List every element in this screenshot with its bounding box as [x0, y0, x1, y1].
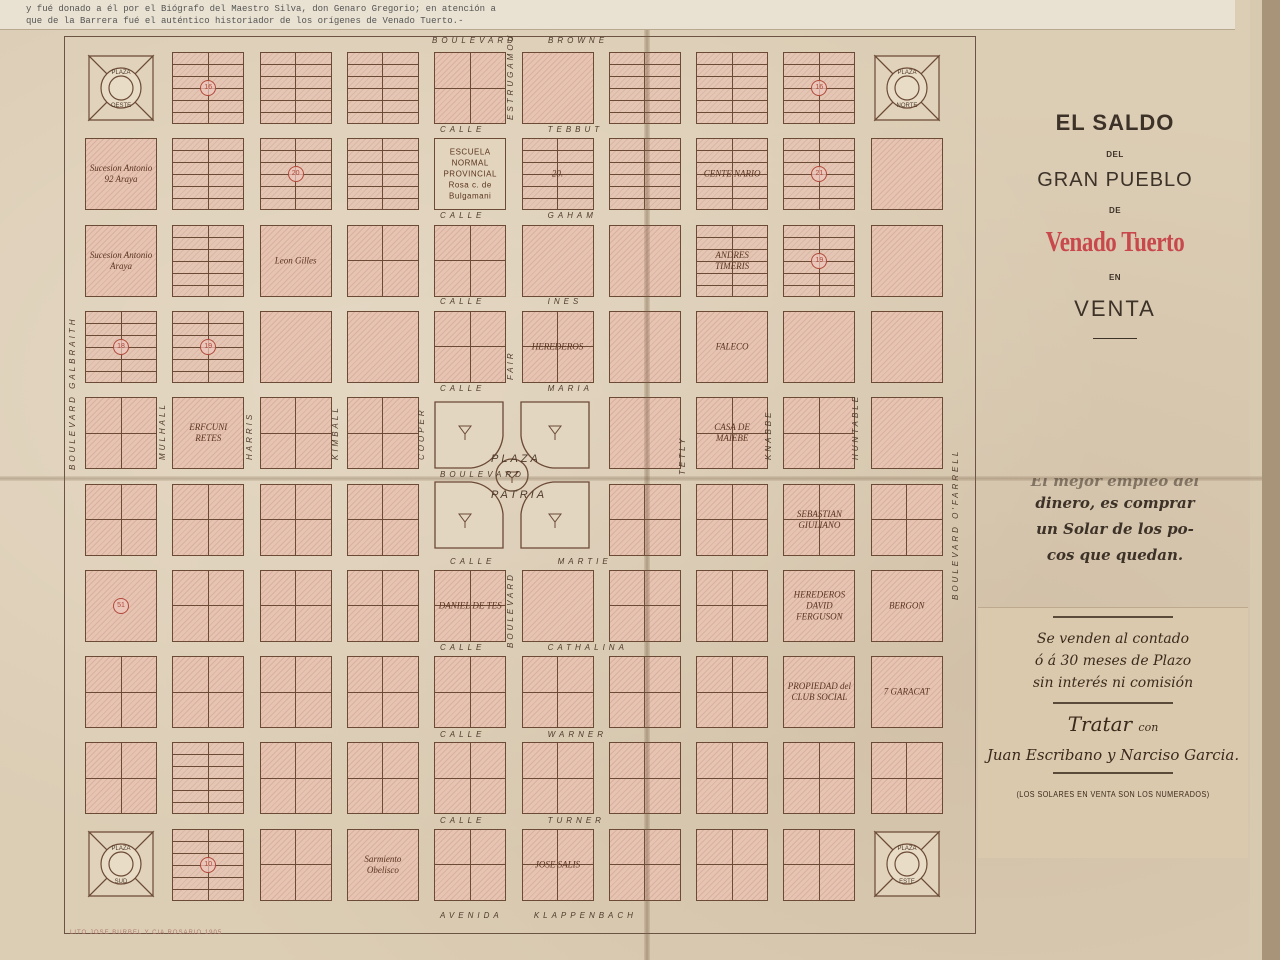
city-block: [696, 656, 768, 728]
street-huntable: HUNTABLE: [851, 394, 860, 460]
city-block: 19: [172, 311, 244, 383]
title-de: DE: [980, 206, 1250, 215]
city-block: [434, 742, 506, 814]
city-block: [871, 225, 943, 297]
hand-divider-top: [1053, 616, 1173, 618]
lot-number-badge: 19: [811, 253, 827, 269]
city-block: [434, 656, 506, 728]
lot-number-badge: 16: [811, 80, 827, 96]
city-block: [434, 311, 506, 383]
street-knabbe: KNABBE: [764, 410, 773, 460]
svg-text:NORTE: NORTE: [897, 103, 918, 109]
city-block: [696, 484, 768, 556]
city-block: [522, 656, 594, 728]
city-block: 21: [783, 138, 855, 210]
svg-text:OESTE: OESTE: [111, 103, 131, 109]
city-block: [696, 829, 768, 901]
city-block: [522, 742, 594, 814]
city-block: [696, 742, 768, 814]
city-block: 20.: [522, 138, 594, 210]
city-block: BERGON: [871, 570, 943, 642]
plaza-oeste-icon: PLAZA OESTE: [85, 52, 157, 124]
street-gaham: CALLE GAHAM: [440, 211, 597, 220]
street-harris: HARRIS: [245, 412, 254, 460]
city-block: [347, 225, 419, 297]
owner-label: HEREDEROS: [523, 341, 593, 352]
city-block: [522, 570, 594, 642]
city-block: Sucesion Antonio Araya: [85, 225, 157, 297]
lot-number-badge: 20: [288, 166, 304, 182]
street-warner: CALLE WARNER: [440, 730, 607, 739]
city-block: [260, 397, 332, 469]
svg-text:ESTE: ESTE: [899, 879, 915, 885]
hand-divider-bottom: [1053, 772, 1173, 774]
owner-label: Sarmiento Obelisco: [348, 854, 418, 876]
city-block: [347, 311, 419, 383]
slogan-line-4: cos que quedan.: [1005, 542, 1225, 568]
city-block: 7 GARACAT: [871, 656, 943, 728]
city-block: CENTE NARIO: [696, 138, 768, 210]
hand-divider-mid: [1053, 702, 1173, 704]
city-block: HEREDEROS: [522, 311, 594, 383]
city-block: [260, 52, 332, 124]
city-block: [434, 225, 506, 297]
title-del: DEL: [980, 150, 1250, 159]
city-block: ANDRES TIMERIS: [696, 225, 768, 297]
owner-label: CENTE NARIO: [697, 169, 767, 180]
svg-text:PLAZA: PLAZA: [111, 846, 130, 852]
city-block: [434, 52, 506, 124]
owner-label: Sucesion Antonio 92 Araya: [86, 163, 156, 185]
city-block: [260, 656, 332, 728]
svg-text:SUD: SUD: [115, 879, 128, 885]
svg-text:PLAZA: PLAZA: [111, 70, 130, 76]
escuela-normal-block: ESCUELANORMALPROVINCIALRosa c. de Bulgam…: [434, 138, 506, 210]
city-block: [85, 656, 157, 728]
city-block: JOSE SALIS: [522, 829, 594, 901]
title-divider: [1093, 338, 1137, 339]
city-block: DANIEL DE TES: [434, 570, 506, 642]
city-block: [696, 52, 768, 124]
city-block: [85, 397, 157, 469]
title-panel: EL SALDO DEL GRAN PUEBLO DE Venado Tuert…: [980, 110, 1250, 339]
lot-number-badge: 18: [113, 339, 129, 355]
city-block: 19: [783, 225, 855, 297]
city-block: FALECO: [696, 311, 768, 383]
city-block: [260, 829, 332, 901]
city-block: [696, 570, 768, 642]
city-block: [85, 742, 157, 814]
city-block: [522, 225, 594, 297]
city-block: CASA DE MAIEBE: [696, 397, 768, 469]
owner-label: BERGON: [872, 600, 942, 611]
lot-number-badge: 10: [200, 857, 216, 873]
lot-number-badge: 19: [200, 339, 216, 355]
owner-label: SEBASTIAN GIULIANO: [784, 509, 854, 531]
street-estrugamou: ESTRUGAMOU: [506, 33, 515, 120]
plaza-label: PLAZA: [491, 453, 541, 465]
city-block: Sucesion Antonio 92 Araya: [85, 138, 157, 210]
terms-line-2: ó á 30 meses de Plazo: [978, 650, 1248, 672]
slogan-line-2: dinero, es comprar: [1005, 490, 1225, 516]
city-block: [783, 311, 855, 383]
slogan: El mejor empleo del dinero, es comprar u…: [1005, 478, 1225, 568]
terms-line-3: sin interés ni comisión: [978, 672, 1248, 694]
city-block: [85, 484, 157, 556]
city-block: [347, 656, 419, 728]
title-en: EN: [980, 273, 1250, 282]
owner-label: 20.: [523, 169, 593, 180]
terms-line-1: Se venden al contado: [978, 628, 1248, 650]
plaza-este-icon: PLAZA ESTE: [871, 828, 943, 900]
title-gran-pueblo: GRAN PUEBLO: [980, 169, 1250, 192]
owner-label: CASA DE MAIEBE: [697, 422, 767, 444]
street-fair: FAIR: [506, 350, 515, 380]
city-block: [871, 311, 943, 383]
lot-number-badge: 51: [113, 598, 129, 614]
street-cathalina: CALLE CATHALINA: [440, 643, 628, 652]
city-block: [783, 829, 855, 901]
city-block: SEBASTIAN GIULIANO: [783, 484, 855, 556]
city-block: [260, 484, 332, 556]
street-boulevard-galbraith: BOULEVARD GALBRAITH: [68, 317, 77, 470]
city-block: [172, 570, 244, 642]
city-block: [434, 829, 506, 901]
city-block: [172, 225, 244, 297]
city-block: [260, 311, 332, 383]
city-block: [172, 138, 244, 210]
street-cooper: COOPER: [417, 407, 426, 460]
street-boulevard-browne: BOULEVARD BROWNE: [432, 36, 608, 45]
owner-label: PROPIEDAD del CLUB SOCIAL: [784, 681, 854, 703]
note-line-2: que de la Barrera fué el auténtico histo…: [26, 15, 1235, 27]
city-block: [347, 52, 419, 124]
street-avenida-klappenbach: AVENIDA KLAPPENBACH: [440, 911, 637, 920]
tratar-label: Tratar con: [978, 712, 1248, 736]
city-block: [871, 742, 943, 814]
city-block: 51: [85, 570, 157, 642]
city-block: 20: [260, 138, 332, 210]
handwritten-sale-terms: Se venden al contado ó á 30 meses de Pla…: [978, 607, 1248, 858]
owner-label: FALECO: [697, 341, 767, 352]
city-block: [347, 484, 419, 556]
lot-number-badge: 21: [811, 166, 827, 182]
printer-imprint: LITO JOSE BURBEL Y CIA ROSARIO 1905: [70, 930, 222, 936]
city-block: [172, 484, 244, 556]
city-block: [783, 397, 855, 469]
city-block: Sarmiento Obelisco: [347, 829, 419, 901]
city-block: [260, 742, 332, 814]
city-block: 10: [172, 829, 244, 901]
city-block: ERFCUNI RETES: [172, 397, 244, 469]
plaza-sud-icon: PLAZA SUD: [85, 828, 157, 900]
street-tebbut: CALLE TEBBUT: [440, 125, 603, 134]
street-turner: CALLE TURNER: [440, 816, 605, 825]
street-tetly: TETLY: [678, 436, 687, 475]
owner-label: ANDRES TIMERIS: [697, 250, 767, 272]
city-block: [347, 570, 419, 642]
city-block: [347, 138, 419, 210]
city-block: [871, 138, 943, 210]
numbered-lots-note: (LOS SOLARES EN VENTA SON LOS NUMERADOS): [992, 790, 1235, 799]
escuela-label: ESCUELANORMALPROVINCIALRosa c. de Bulgam…: [435, 147, 505, 202]
title-el-saldo: EL SALDO: [980, 110, 1250, 136]
city-block: [260, 570, 332, 642]
street-maria: CALLE MARIA: [440, 384, 593, 393]
street-kimball: KIMBALL: [331, 405, 340, 460]
street-boulevard-mid: BOULEVARD: [506, 572, 515, 648]
city-block: [522, 52, 594, 124]
owner-label: Leon Gilles: [261, 255, 331, 266]
typed-note-strip: y fué donado a él por el Biógrafo del Ma…: [0, 0, 1235, 30]
city-block: [347, 397, 419, 469]
street-mulhall: MULHALL: [158, 402, 167, 460]
city-block: 18: [85, 311, 157, 383]
slogan-line-1: El mejor empleo del: [1005, 478, 1225, 490]
title-town-name: Venado Tuerto: [1004, 227, 1225, 259]
sheet-edge: [1262, 0, 1280, 960]
slogan-line-3: un Solar de los po-: [1005, 516, 1225, 542]
svg-text:PLAZA: PLAZA: [897, 846, 916, 852]
vertical-fold: [644, 30, 650, 960]
city-block: [783, 742, 855, 814]
owner-label: JOSE SALIS: [523, 859, 593, 870]
plaza-name: PATRIA: [491, 489, 547, 501]
lot-number-badge: 16: [200, 80, 216, 96]
svg-text:PLAZA: PLAZA: [897, 70, 916, 76]
city-block: [172, 742, 244, 814]
owner-label: HEREDEROS DAVID FERGUSON: [784, 589, 854, 622]
owner-label: Sucesion Antonio Araya: [86, 250, 156, 272]
street-boulevard-ofarrell: BOULEVARD O'FARRELL: [951, 449, 960, 600]
city-block: [347, 742, 419, 814]
owner-label: ERFCUNI RETES: [173, 422, 243, 444]
street-ines: CALLE INES: [440, 297, 582, 306]
city-block: Leon Gilles: [260, 225, 332, 297]
city-block: HEREDEROS DAVID FERGUSON: [783, 570, 855, 642]
city-block: [871, 484, 943, 556]
plaza-norte-icon: PLAZA NORTE: [871, 52, 943, 124]
city-block: [871, 397, 943, 469]
city-block: 16: [783, 52, 855, 124]
seller-names: Juan Escribano y Narciso Garcia.: [978, 746, 1248, 764]
owner-label: DANIEL DE TES: [435, 600, 505, 611]
owner-label: 7 GARACAT: [872, 687, 942, 698]
city-block: [172, 656, 244, 728]
note-line-1: y fué donado a él por el Biógrafo del Ma…: [26, 3, 1235, 15]
street-martie: CALLE MARTIE: [450, 557, 612, 566]
title-venta: VENTA: [980, 296, 1250, 322]
city-block: 16: [172, 52, 244, 124]
city-block: PROPIEDAD del CLUB SOCIAL: [783, 656, 855, 728]
